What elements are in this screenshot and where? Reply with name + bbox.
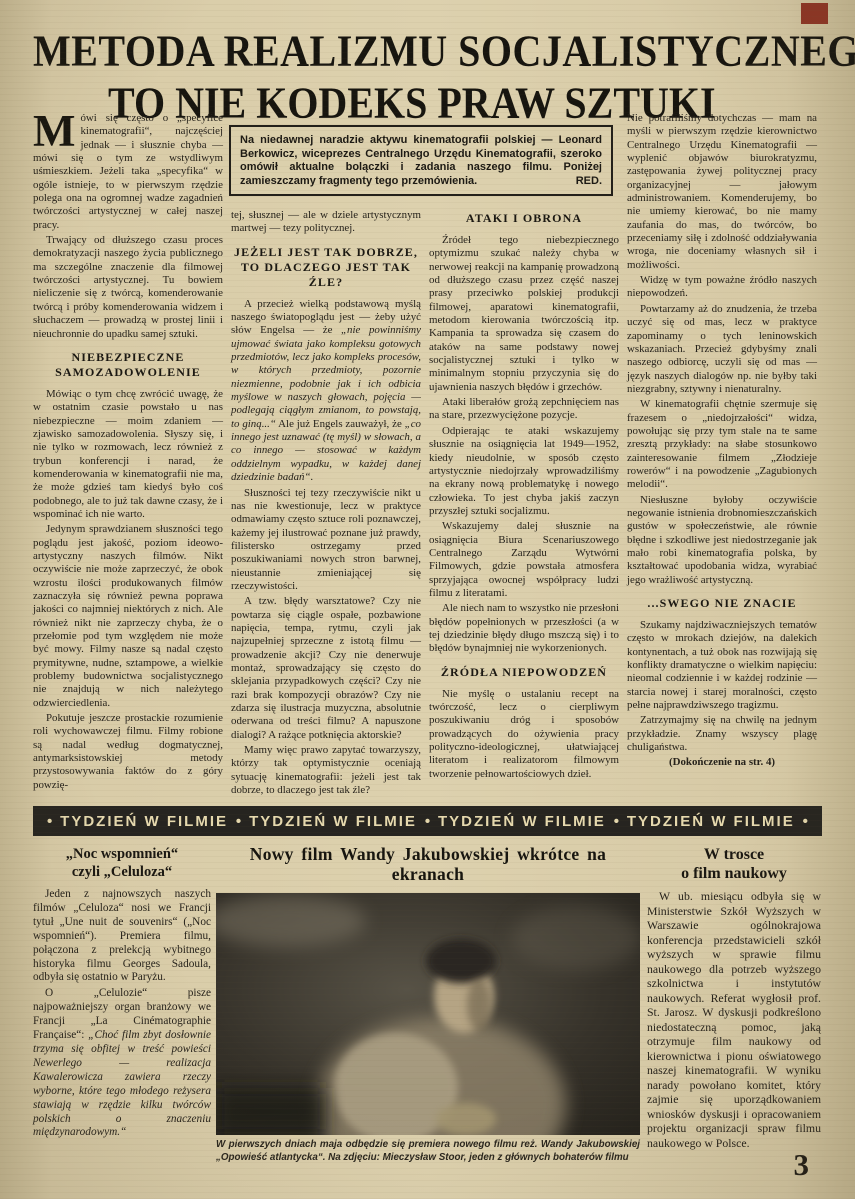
paragraph: Trwający od dłuższego czasu proces demok… (33, 234, 223, 341)
heading-line-2: czyli „Celuloza“ (33, 864, 211, 882)
section-heading: JEŻELI JEST TAK DOBRZE, TO DLACZEGO JEST… (233, 245, 419, 290)
paragraph: Ataki liberałów grożą zepchnięciem nas n… (429, 396, 619, 423)
banner-label: TYDZIEŃ W FILMIE (60, 813, 228, 830)
banner-bullet: • (803, 813, 808, 830)
film-still-photo (216, 893, 640, 1135)
page-title: METODA REALIZMU SOCJALISTYCZNEGO TO NIE … (33, 24, 823, 124)
science-film-heading: W trosce o film naukowy (647, 846, 821, 883)
banner-label: TYDZIEŃ W FILMIE (438, 813, 606, 830)
paragraph: Odpierając te ataki wskazujemy słusznie … (429, 425, 619, 518)
paragraph: Nie myślę o ustalaniu recept na twórczoś… (429, 688, 619, 781)
paragraph-text: Ale już Engels zauważył, że (276, 418, 405, 430)
article-column-4: Nie potrafiliśmy dotychczas — mam na myś… (627, 112, 817, 772)
heading-line-1: „Noc wspomnień“ (33, 846, 211, 864)
section-heading: ...SWEGO NIE ZNACIE (629, 596, 815, 611)
quote-text: „nie powinniśmy ujmować świata jako komp… (231, 324, 421, 429)
banner-label: TYDZIEŃ W FILMIE (249, 813, 417, 830)
continuation-note: (Dokończenie na str. 4) (627, 756, 817, 769)
paragraph: tej, słusznej — ale w dziele artystyczny… (231, 209, 421, 236)
paragraph: Jedynym sprawdzianem słuszności tego pog… (33, 523, 223, 710)
week-in-film-banner: • TYDZIEŃ W FILMIE • TYDZIEŃ W FILMIE • … (33, 806, 822, 836)
article-column-3: ATAKI I OBRONA Źródeł tego niebezpieczne… (429, 112, 619, 783)
paragraph: Wskazujemy dalej słusznie na osiągnięcia… (429, 520, 619, 600)
paragraph: Pokutuje jeszcze prostackie rozumienie r… (33, 712, 223, 792)
section-heading: ŹRÓDŁA NIEPOWODZEŃ (431, 665, 617, 680)
banner-bullet: • (425, 813, 430, 830)
celuloza-article: „Noc wspomnień“ czyli „Celuloza“ Jeden z… (33, 846, 211, 1142)
paragraph: W kinematografii chętnie szermuje się fr… (627, 398, 817, 491)
heading-line-2: o film naukowy (647, 865, 821, 884)
celuloza-heading: „Noc wspomnień“ czyli „Celuloza“ (33, 846, 211, 881)
paragraph: Ale niech nam to wszystko nie przesłoni … (429, 602, 619, 655)
article-column-1: Mówi się często o „specyfice kinematogra… (33, 112, 223, 794)
photo-caption: W pierwszych dniach maja odbędzie się pr… (216, 1139, 640, 1164)
paragraph: W ub. miesiącu odbyła się w Ministerstwi… (647, 889, 821, 1150)
title-line-1: METODA REALIZMU SOCJALISTYCZNEGO (33, 24, 823, 78)
jakubowska-article: Nowy film Wandy Jakubowskiej wkrótce na … (216, 842, 640, 1174)
section-heading: NIEBEZPIECZNE SAMOZADOWOLENIE (35, 350, 221, 380)
paragraph: Mówi się często o „specyfice kinematogra… (33, 112, 223, 232)
paragraph: Jeden z najnowszych naszych filmów „Celu… (33, 888, 211, 985)
corner-red-mark (801, 3, 828, 24)
paragraph: Powtarzamy aż do znudzenia, że trzeba uc… (627, 303, 817, 396)
article-column-2: tej, słusznej — ale w dziele artystyczny… (231, 112, 421, 799)
paragraph: A tzw. błędy warsztatowe? Czy nie powtar… (231, 595, 421, 742)
paragraph: Mówiąc o tym chcę zwrócić uwagę, że w os… (33, 388, 223, 521)
drop-cap: M (33, 112, 80, 149)
paragraph: Szukamy najdziwaczniejszych tematów częs… (627, 619, 817, 712)
main-article: Na niedawnej naradzie aktywu kinematogra… (0, 112, 855, 806)
film-headline: Nowy film Wandy Jakubowskiej wkrótce na … (216, 844, 640, 884)
paragraph: Widzę w tym poważne źródło naszych niepo… (627, 274, 817, 301)
paragraph: Słuszności tej tezy rzeczywiście nikt u … (231, 487, 421, 594)
banner-bullet: • (236, 813, 241, 830)
paragraph: Źródeł tego niebezpiecznego optymizmu sz… (429, 234, 619, 394)
paragraph: O „Celulozie“ pisze najpoważniejszy orga… (33, 987, 211, 1140)
heading-line-1: W trosce (647, 846, 821, 865)
paragraph: Zatrzymajmy się na chwilę na jednym przy… (627, 714, 817, 754)
quote-text: „Choć film zbyt dosłownie trzyma się obf… (33, 1029, 211, 1138)
section-heading: ATAKI I OBRONA (431, 211, 617, 226)
banner-bullet: • (614, 813, 619, 830)
page-number: 3 (794, 1147, 810, 1183)
film-week-section: „Noc wspomnień“ czyli „Celuloza“ Jeden z… (0, 842, 855, 1182)
paragraph: A przecież wielką podstawową myślą nasze… (231, 298, 421, 485)
paragraph: Nie potrafiliśmy dotychczas — mam na myś… (627, 112, 817, 272)
paragraph: Niesłuszne byłoby oczywiście negowanie i… (627, 494, 817, 587)
paragraph: Mamy więc prawo zapytać towarzyszy, któr… (231, 744, 421, 797)
banner-bullet: • (47, 813, 52, 830)
banner-label: TYDZIEŃ W FILMIE (627, 813, 795, 830)
science-film-article: W trosce o film naukowy W ub. miesiącu o… (647, 846, 821, 1150)
